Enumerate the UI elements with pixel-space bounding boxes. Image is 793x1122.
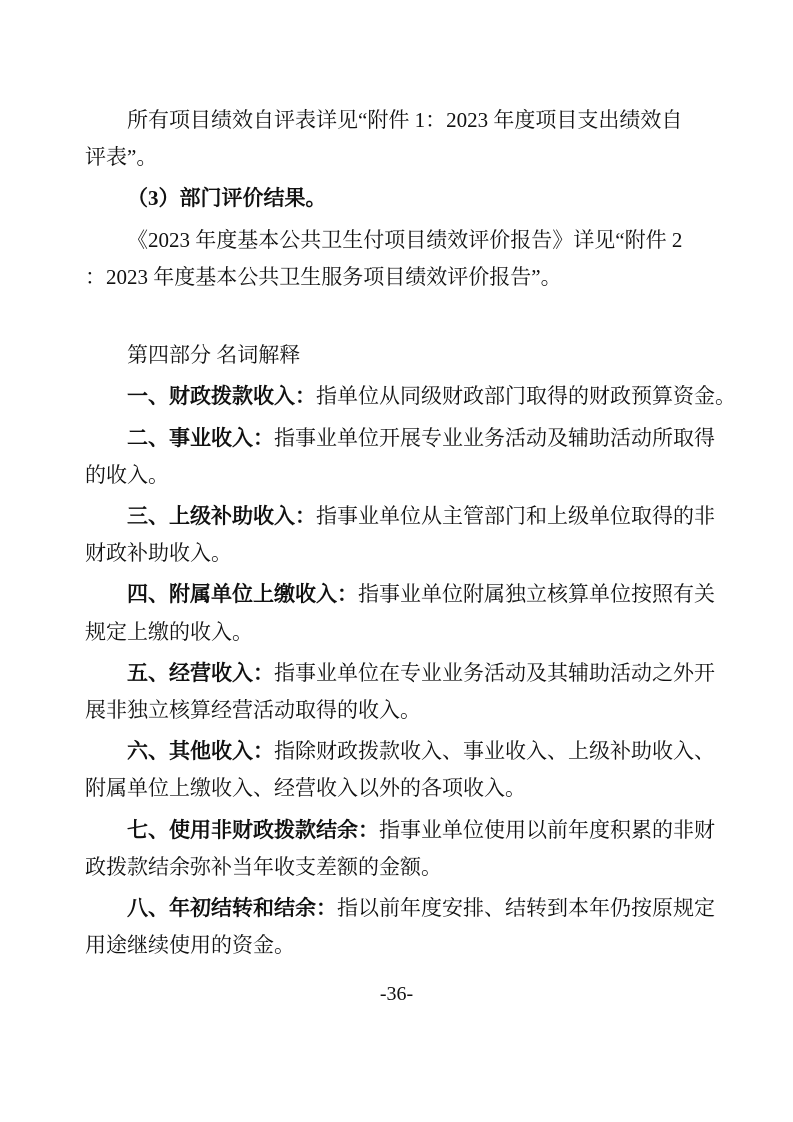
term-text: 指以前年度安排、结转到本年仍按原规定 xyxy=(337,896,715,920)
term-definition-6: 六、其他收入：指除财政拨款收入、事业收入、上级补助收入、 附属单位上缴收入、经营… xyxy=(85,733,715,807)
text-line: 二、事业收入：指事业单位开展专业业务活动及辅助活动所取得 xyxy=(85,420,715,457)
term-text: 指事业单位开展专业业务活动及辅助活动所取得 xyxy=(274,426,715,450)
text-line: 八、年初结转和结余：指以前年度安排、结转到本年仍按原规定 xyxy=(85,890,715,927)
term-text: 指事业单位附属独立核算单位按照有关 xyxy=(358,582,715,606)
text-line: 政拨款结余弥补当年收支差额的金额。 xyxy=(85,849,715,886)
para-dept-eval-result: （3）部门评价结果。 xyxy=(85,180,715,217)
document-content: 所有项目绩效自评表详见“附件 1：2023 年度项目支出绩效自 评表”。 （3）… xyxy=(85,102,715,968)
term-definition-8: 八、年初结转和结余：指以前年度安排、结转到本年仍按原规定 用途继续使用的资金。 xyxy=(85,890,715,964)
term-label: 三、上级补助收入： xyxy=(127,504,316,528)
section-heading: 第四部分 名词解释 xyxy=(85,337,715,374)
text-line: 三、上级补助收入：指事业单位从主管部门和上级单位取得的非 xyxy=(85,498,715,535)
text-line: 《2023 年度基本公共卫生付项目绩效评价报告》详见“附件 2 xyxy=(85,222,715,259)
para-report-reference: 《2023 年度基本公共卫生付项目绩效评价报告》详见“附件 2 ：2023 年度… xyxy=(85,222,715,296)
para-self-eval-note: 所有项目绩效自评表详见“附件 1：2023 年度项目支出绩效自 评表”。 xyxy=(85,102,715,176)
page-number: -36- xyxy=(0,982,793,1006)
term-definition-2: 二、事业收入：指事业单位开展专业业务活动及辅助活动所取得 的收入。 xyxy=(85,420,715,494)
term-text: 指事业单位在专业业务活动及其辅助活动之外开 xyxy=(274,661,715,685)
term-text: 指事业单位使用以前年度积累的非财 xyxy=(379,818,715,842)
term-text: 指除财政拨款收入、事业收入、上级补助收入、 xyxy=(274,739,715,763)
term-label: 四、附属单位上缴收入： xyxy=(127,582,358,606)
text-line: 规定上缴的收入。 xyxy=(85,614,715,651)
term-label: 七、使用非财政拨款结余： xyxy=(127,818,379,842)
document-page: 所有项目绩效自评表详见“附件 1：2023 年度项目支出绩效自 评表”。 （3）… xyxy=(0,0,793,1122)
text-line: 展非独立核算经营活动取得的收入。 xyxy=(85,692,715,729)
text-line: 财政补助收入。 xyxy=(85,535,715,572)
term-definition-4: 四、附属单位上缴收入：指事业单位附属独立核算单位按照有关 规定上缴的收入。 xyxy=(85,576,715,650)
term-label: 八、年初结转和结余： xyxy=(127,896,337,920)
text-line: 所有项目绩效自评表详见“附件 1：2023 年度项目支出绩效自 xyxy=(85,102,715,139)
text-line: 六、其他收入：指除财政拨款收入、事业收入、上级补助收入、 xyxy=(85,733,715,770)
text-line: （3）部门评价结果。 xyxy=(85,180,715,217)
term-label: 一、财政拨款收入： xyxy=(127,384,316,408)
text-line: 一、财政拨款收入：指单位从同级财政部门取得的财政预算资金。 xyxy=(85,378,715,415)
term-definition-1: 一、财政拨款收入：指单位从同级财政部门取得的财政预算资金。 xyxy=(85,378,715,415)
term-text: 指事业单位从主管部门和上级单位取得的非 xyxy=(316,504,715,528)
text-line: ：2023 年度基本公共卫生服务项目绩效评价报告”。 xyxy=(85,259,715,296)
blank-line xyxy=(85,300,715,337)
section-heading-text: 第四部分 名词解释 xyxy=(85,337,715,374)
term-label: 六、其他收入： xyxy=(127,739,274,763)
term-label: 五、经营收入： xyxy=(127,661,274,685)
text-line: 评表”。 xyxy=(85,139,715,176)
text-line: 用途继续使用的资金。 xyxy=(85,927,715,964)
text-line: 的收入。 xyxy=(85,457,715,494)
term-definition-7: 七、使用非财政拨款结余：指事业单位使用以前年度积累的非财 政拨款结余弥补当年收支… xyxy=(85,812,715,886)
text-line: 七、使用非财政拨款结余：指事业单位使用以前年度积累的非财 xyxy=(85,812,715,849)
term-label: 二、事业收入： xyxy=(127,426,274,450)
text-line: 四、附属单位上缴收入：指事业单位附属独立核算单位按照有关 xyxy=(85,576,715,613)
term-definition-3: 三、上级补助收入：指事业单位从主管部门和上级单位取得的非 财政补助收入。 xyxy=(85,498,715,572)
text-line: 五、经营收入：指事业单位在专业业务活动及其辅助活动之外开 xyxy=(85,655,715,692)
text-line: 附属单位上缴收入、经营收入以外的各项收入。 xyxy=(85,770,715,807)
term-text: 指单位从同级财政部门取得的财政预算资金。 xyxy=(316,384,736,408)
term-definition-5: 五、经营收入：指事业单位在专业业务活动及其辅助活动之外开 展非独立核算经营活动取… xyxy=(85,655,715,729)
